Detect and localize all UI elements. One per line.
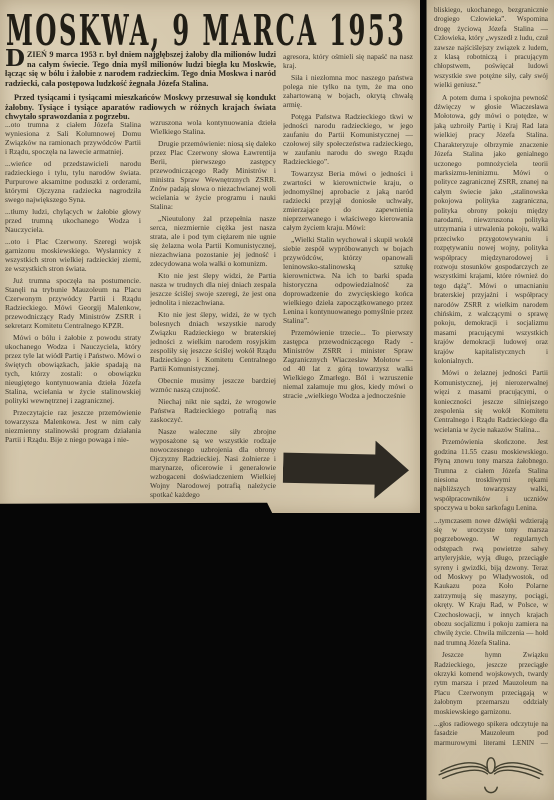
- article-paragraph: Towarzysz Beria mówi o jedności i zwarto…: [283, 169, 413, 232]
- article-paragraph: ...wieńce od przedstawicieli narodu radz…: [5, 159, 141, 204]
- article-paragraph: Przemówienie trzecie... To pierwszy zast…: [283, 328, 413, 400]
- ornament-flourish-icon: [433, 748, 549, 798]
- right-arrow-icon: [282, 439, 409, 500]
- article-paragraph: ...oto i Plac Czerwony. Szeregi wojsk ga…: [5, 237, 141, 273]
- article-paragraph: Niechaj nikt nie sądzi, że wrogowie Pańs…: [150, 397, 276, 424]
- article-paragraph: Kto nie jest ślepy widzi, że Partia nasz…: [150, 271, 276, 307]
- article-paragraph: Mówi o bólu i żałobie z powodu straty uk…: [5, 333, 141, 405]
- article-paragraph: A potem duma i spokojna pewność dźwięczy…: [434, 94, 548, 367]
- article-paragraph: wzruszona wola kontynuowania dzieła Wiel…: [150, 118, 276, 136]
- article-paragraph: Już trumna spoczęła na postumencie. Stan…: [5, 276, 141, 330]
- article-paragraph: bliskiego, ukochanego, bezgranicznie dro…: [434, 6, 548, 91]
- lead-paragraph: ZIEŃ 9 marca 1953 r. był dniem najgłębsz…: [5, 50, 276, 88]
- article-paragraph: Mówi o żelaznej jedności Partii Komunist…: [434, 369, 548, 435]
- article-paragraph: agresora, który ośmieli się napaść na na…: [283, 52, 413, 70]
- right-column-strip: bliskiego, ukochanego, bezgranicznie dro…: [426, 0, 554, 800]
- drop-cap: D: [5, 50, 25, 68]
- column-1: ...oto trumna z ciałem Józefa Stalina wy…: [5, 120, 141, 504]
- article-paragraph: „Wielki Stalin wychował i skupił wokół s…: [283, 235, 413, 325]
- lead-paragraphs: DZIEŃ 9 marca 1953 r. był dniem najgłębs…: [5, 50, 276, 126]
- article-paragraph: ...oto trumna z ciałem Józefa Stalina wy…: [5, 120, 141, 156]
- article-paragraph: Kto nie jest ślepy, widzi, że w tych bol…: [150, 310, 276, 373]
- column-2: wzruszona wola kontynuowania dzieła Wiel…: [150, 118, 276, 506]
- article-paragraph: ...tłumy ludzi, chylących w żałobie głow…: [5, 207, 141, 234]
- article-paragraph: Przemówienia skończone. Jest godzina 11.…: [434, 438, 548, 513]
- article-paragraph: ...tymczasem nowe dźwięki wdzierają się …: [434, 517, 548, 649]
- article-paragraph: Obecnie musimy jeszcze bardziej wzmóc na…: [150, 376, 276, 394]
- article-paragraph: ...głos radiowego spikera odczytuje na f…: [434, 720, 548, 748]
- column-3: agresora, który ośmieli się napaść na na…: [283, 52, 413, 440]
- article-paragraph: Potęga Państwa Radzieckiego tkwi w jedno…: [283, 112, 413, 166]
- main-clipping: MOSKWA, 9 MARCA 1953 DZIEŃ 9 marca 1953 …: [0, 0, 420, 514]
- strip-text: bliskiego, ukochanego, bezgranicznie dro…: [434, 6, 548, 748]
- headline: MOSKWA, 9 MARCA 1953: [6, 8, 400, 54]
- article-paragraph: „Nieutulony żal przepełnia nasze serca, …: [150, 214, 276, 268]
- article-paragraph: Jeszcze hymn Związku Radzieckiego, jeszc…: [434, 651, 548, 717]
- article-paragraph: Siła i niezłomna moc naszego państwa pol…: [283, 73, 413, 109]
- article-paragraph: Nasze waleczne siły zbrojne wyposażone s…: [150, 427, 276, 499]
- newspaper-scan-page: MOSKWA, 9 MARCA 1953 DZIEŃ 9 marca 1953 …: [0, 0, 554, 800]
- article-paragraph: Drugie przemówienie: niosą się daleko pr…: [150, 139, 276, 211]
- article-paragraph: Przeczytajcie raz jeszcze przemówienie t…: [5, 408, 141, 444]
